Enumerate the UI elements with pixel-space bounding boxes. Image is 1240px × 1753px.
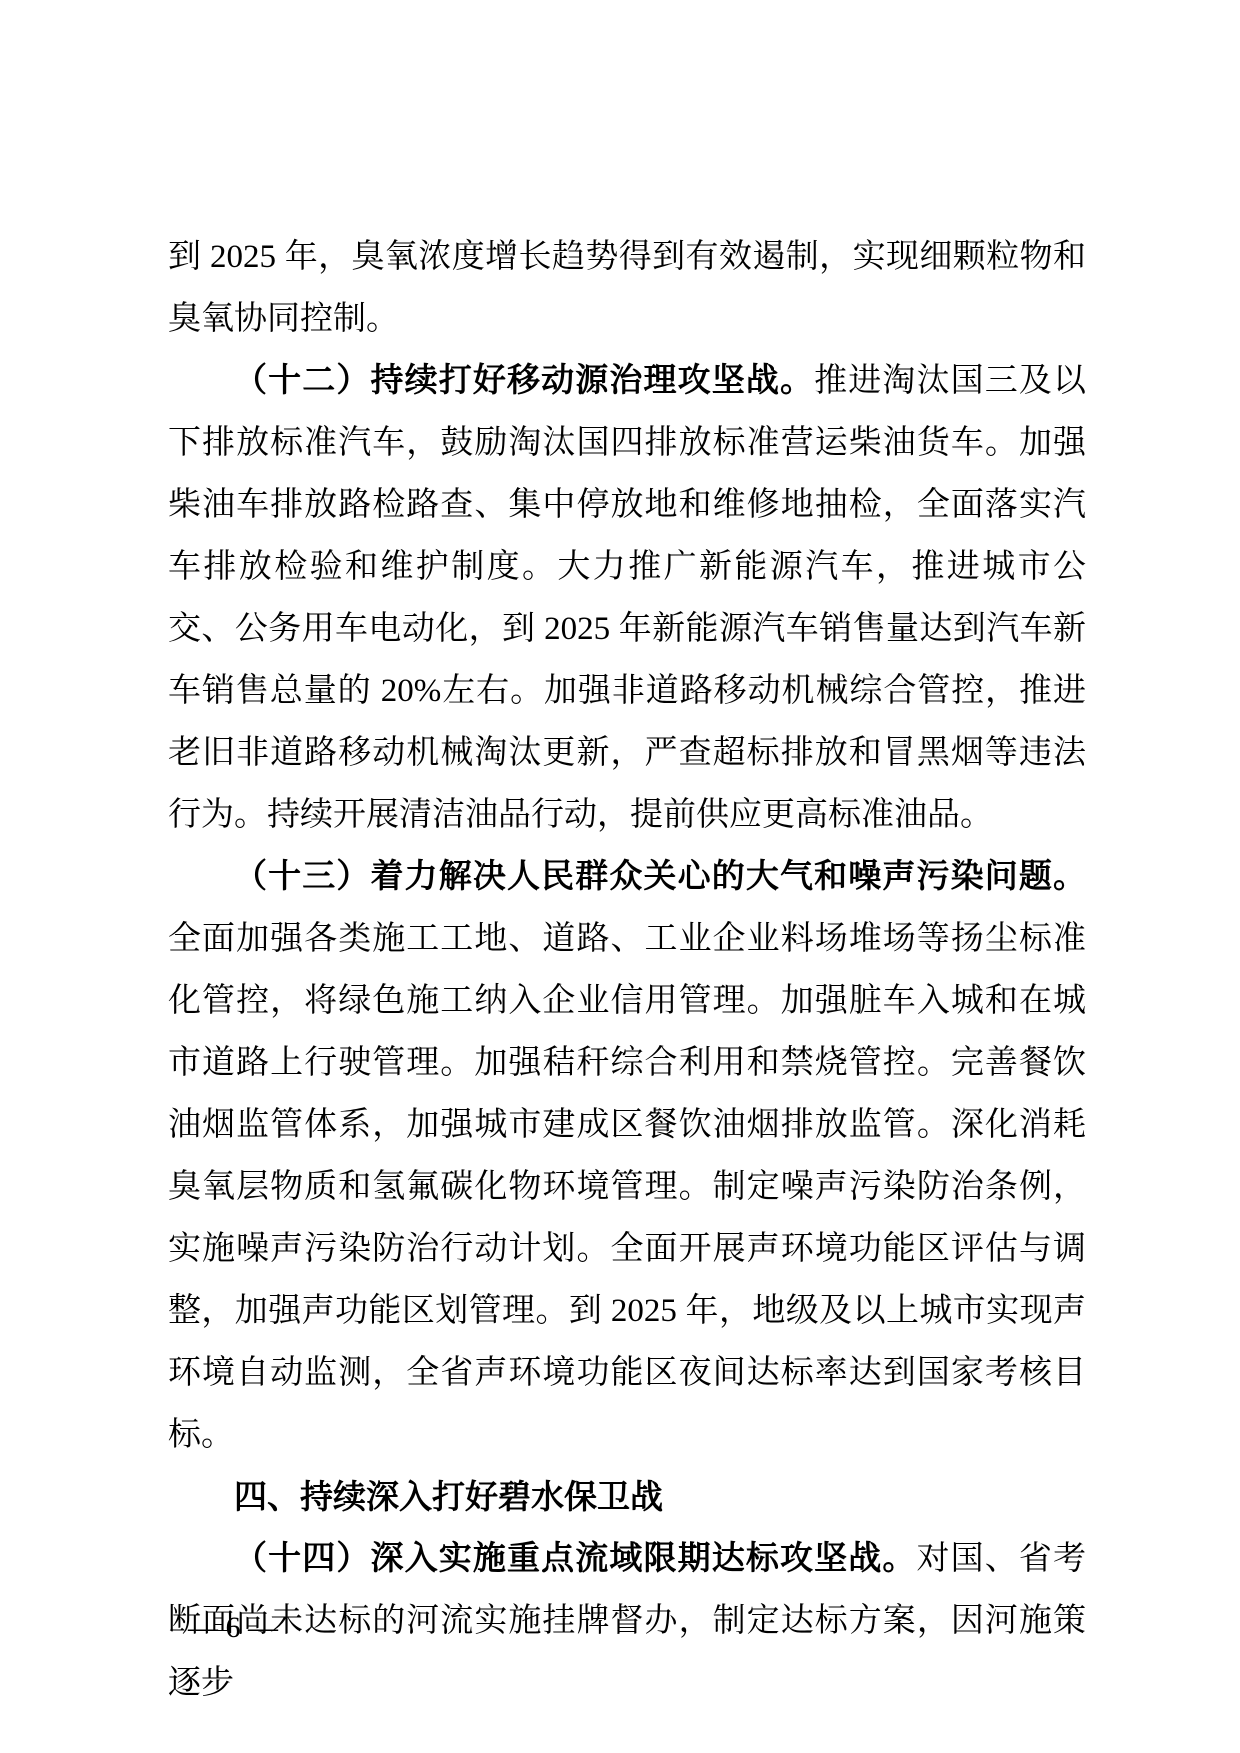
document-page: 到 2025 年，臭氧浓度增长趋势得到有效遏制，实现细颗粒物和臭氧协同控制。 （…	[0, 0, 1240, 1753]
document-body: 到 2025 年，臭氧浓度增长趋势得到有效遏制，实现细颗粒物和臭氧协同控制。 （…	[168, 226, 1086, 1714]
paragraph-14-run-in-heading: （十四）深入实施重点流域限期达标攻坚战。	[234, 1541, 917, 1577]
paragraph-13-run-in-heading: （十三）着力解决人民群众关心的大气和噪声污染问题。	[234, 859, 1086, 895]
paragraph-12-run-in-heading: （十二）持续打好移动源治理攻坚战。	[234, 363, 814, 399]
paragraph-14: （十四）深入实施重点流域限期达标攻坚战。对国、省考断面尚未达标的河流实施挂牌督办…	[168, 1528, 1086, 1714]
page-number: — 6 —	[188, 1608, 278, 1648]
paragraph-continuation: 到 2025 年，臭氧浓度增长趋势得到有效遏制，实现细颗粒物和臭氧协同控制。	[168, 226, 1086, 350]
paragraph-13-text: 全面加强各类施工工地、道路、工业企业料场堆场等扬尘标准化管控，将绿色施工纳入企业…	[168, 921, 1086, 1453]
paragraph-12-text: 推进淘汰国三及以下排放标准汽车，鼓励淘汰国四排放标准营运柴油货车。加强柴油车排放…	[168, 363, 1086, 833]
paragraph-13: （十三）着力解决人民群众关心的大气和噪声污染问题。全面加强各类施工工地、道路、工…	[168, 846, 1086, 1466]
section-4-heading: 四、持续深入打好碧水保卫战	[168, 1466, 1086, 1528]
paragraph-12: （十二）持续打好移动源治理攻坚战。推进淘汰国三及以下排放标准汽车，鼓励淘汰国四排…	[168, 350, 1086, 846]
